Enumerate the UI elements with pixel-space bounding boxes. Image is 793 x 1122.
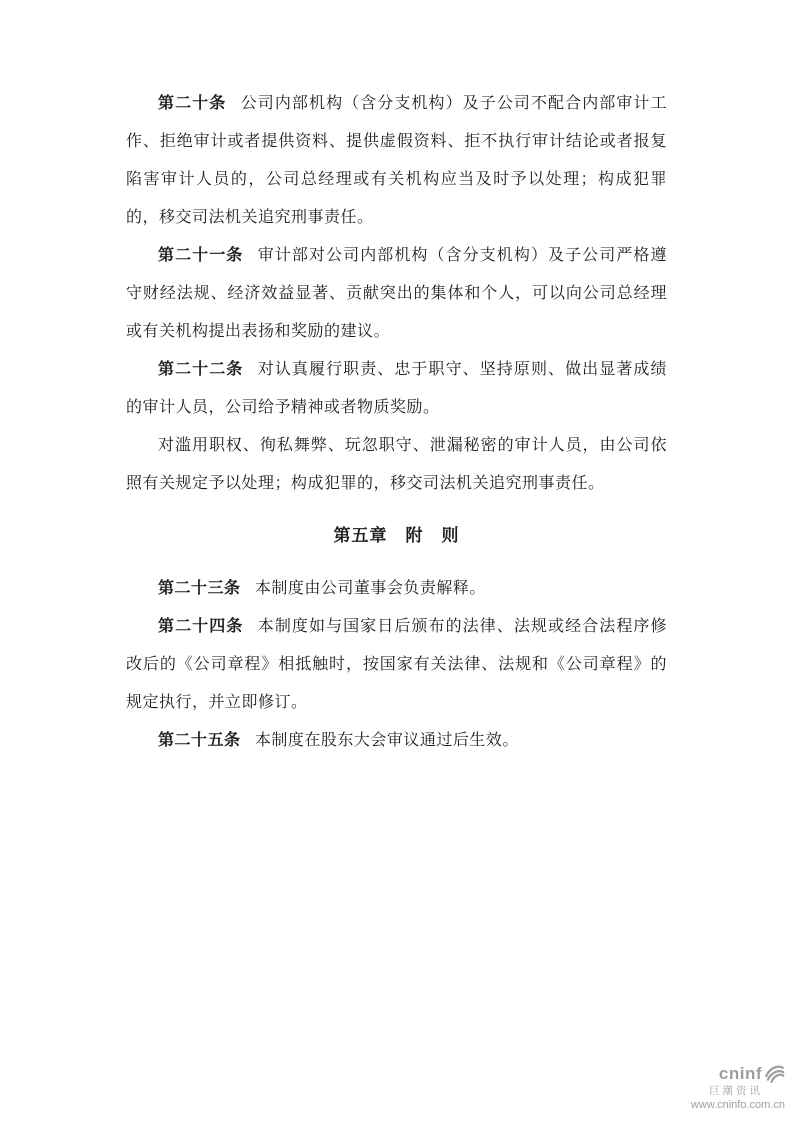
article-20-text: 公司内部机构（含分支机构）及子公司不配合内部审计工作、拒绝审计或者提供资料、提供… (126, 93, 667, 226)
article-20-label: 第二十条 (158, 93, 226, 112)
cninfo-logo-text: cninf (719, 1064, 762, 1084)
article-23-text: 本制度由公司董事会负责解释。 (255, 578, 486, 597)
paragraph-article-24: 第二十四条本制度如与国家日后颁布的法律、法规或经合法程序修改后的《公司章程》相抵… (126, 607, 667, 721)
paragraph-article-22-continued: 对滥用职权、徇私舞弊、玩忽职守、泄漏秘密的审计人员，由公司依照有关规定予以处理；… (126, 426, 667, 502)
article-22b-text: 对滥用职权、徇私舞弊、玩忽职守、泄漏秘密的审计人员，由公司依照有关规定予以处理；… (126, 435, 667, 492)
cninfo-watermark: cninf 巨潮资讯 www.cninfo.com.cn (691, 1063, 785, 1112)
cninfo-swirl-icon (764, 1063, 785, 1084)
article-25-label: 第二十五条 (158, 730, 241, 749)
paragraph-article-21: 第二十一条审计部对公司内部机构（含分支机构）及子公司严格遵守财经法规、经济效益显… (126, 236, 667, 350)
article-24-label: 第二十四条 (158, 616, 243, 635)
cninfo-logo-url: www.cninfo.com.cn (691, 1099, 785, 1112)
document-page: 第二十条公司内部机构（含分支机构）及子公司不配合内部审计工作、拒绝审计或者提供资… (0, 0, 793, 1122)
paragraph-article-20: 第二十条公司内部机构（含分支机构）及子公司不配合内部审计工作、拒绝审计或者提供资… (126, 84, 667, 236)
cninfo-logo-subtitle: 巨潮资讯 (691, 1085, 763, 1097)
article-22-label: 第二十二条 (158, 359, 243, 378)
chapter-heading: 第五章 附 则 (126, 517, 667, 555)
cninfo-logo: cninf (691, 1063, 785, 1084)
paragraph-article-22: 第二十二条对认真履行职责、忠于职守、坚持原则、做出显著成绩的审计人员，公司给予精… (126, 350, 667, 426)
paragraph-article-25: 第二十五条本制度在股东大会审议通过后生效。 (126, 721, 667, 759)
article-23-label: 第二十三条 (158, 578, 241, 597)
article-25-text: 本制度在股东大会审议通过后生效。 (255, 730, 519, 749)
article-21-label: 第二十一条 (158, 245, 243, 264)
paragraph-article-23: 第二十三条本制度由公司董事会负责解释。 (126, 569, 667, 607)
